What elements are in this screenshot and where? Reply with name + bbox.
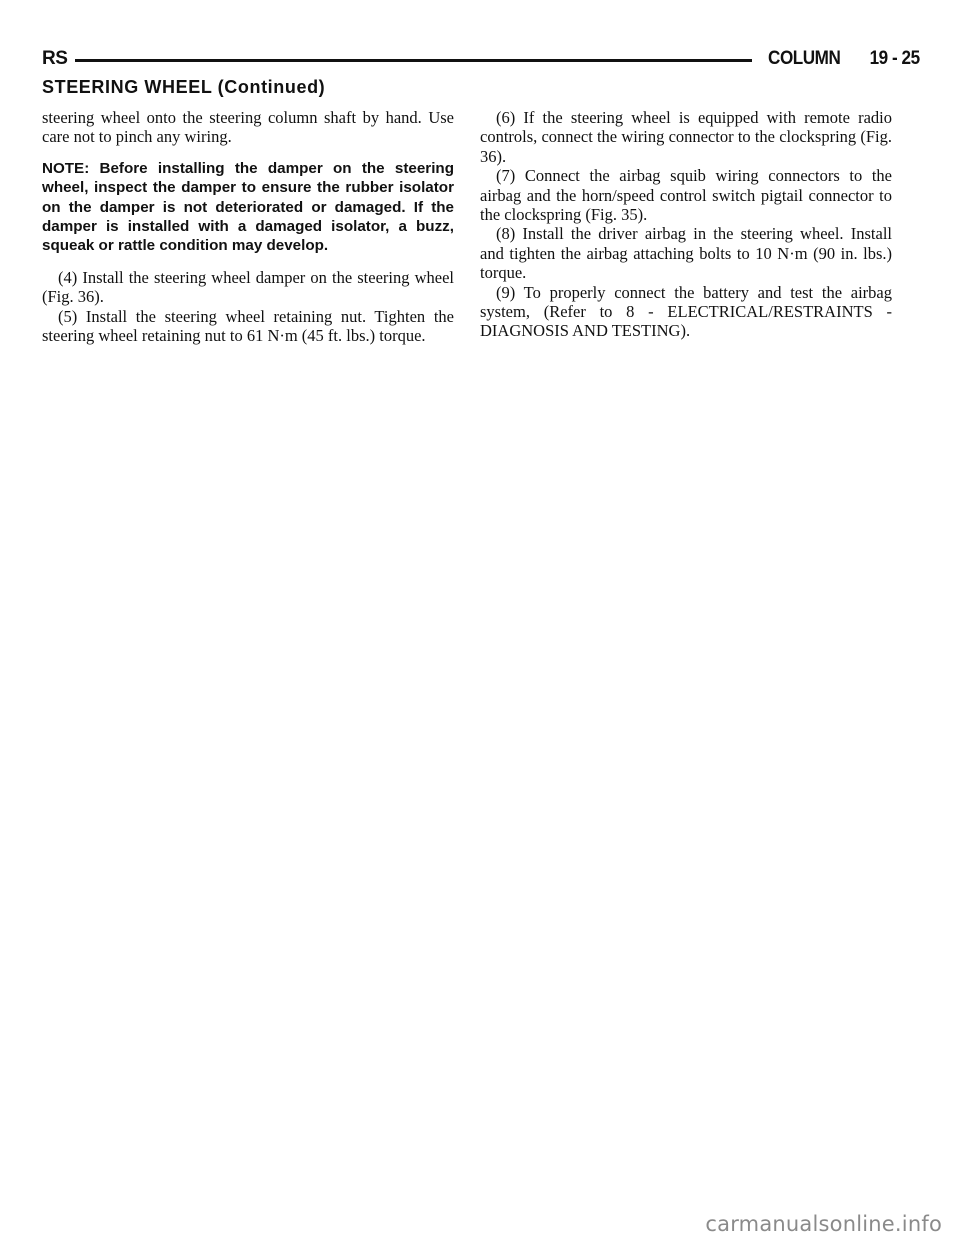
left-column: steering wheel onto the steering column … xyxy=(42,108,454,345)
step-7: (7) Connect the airbag squib wiring conn… xyxy=(480,166,892,224)
continuation-paragraph: steering wheel onto the steering column … xyxy=(42,108,454,147)
page-header: RS COLUMN 19 - 25 xyxy=(42,48,920,70)
section-title: STEERING WHEEL (Continued) xyxy=(42,77,325,98)
step-6: (6) If the steering wheel is equipped wi… xyxy=(480,108,892,166)
manual-code: RS xyxy=(42,48,67,70)
step-5: (5) Install the steering wheel retaining… xyxy=(42,307,454,346)
watermark: carmanualsonline.info xyxy=(705,1212,942,1236)
note-paragraph: NOTE: Before installing the damper on th… xyxy=(42,159,454,256)
step-4: (4) Install the steering wheel damper on… xyxy=(42,268,454,307)
right-column: (6) If the steering wheel is equipped wi… xyxy=(480,108,892,341)
step-8: (8) Install the driver airbag in the ste… xyxy=(480,224,892,282)
section-name: COLUMN xyxy=(768,48,840,70)
header-rule xyxy=(75,59,752,62)
step-9: (9) To properly connect the battery and … xyxy=(480,283,892,341)
page-number: 19 - 25 xyxy=(870,48,920,70)
